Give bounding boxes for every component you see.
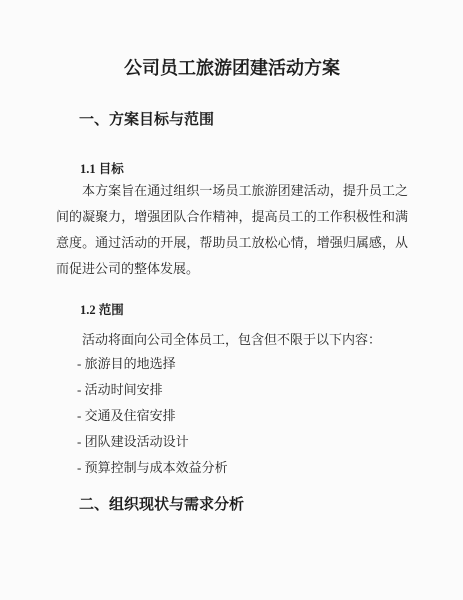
subsection-heading-1-2: 1.2 范围: [56, 304, 408, 317]
objective-paragraph: 本方案旨在通过组织一场员工旅游团建活动，提升员工之间的凝聚力，增强团队合作精神，…: [56, 178, 408, 282]
list-item: - 交通及住宿安排: [77, 403, 408, 429]
document-title: 公司员工旅游团建活动方案: [56, 57, 408, 79]
section-heading-2: 二、组织现状与需求分析: [56, 497, 408, 513]
subsection-heading-1-1: 1.1 目标: [56, 163, 408, 176]
scope-intro-paragraph: 活动将面向公司全体员工，包含但不限于以下内容：: [56, 327, 408, 353]
scope-list: - 旅游目的地选择 - 活动时间安排 - 交通及住宿安排 - 团队建设活动设计 …: [56, 351, 408, 481]
document-page: 公司员工旅游团建活动方案 一、方案目标与范围 1.1 目标 本方案旨在通过组织一…: [0, 0, 463, 600]
section-heading-1: 一、方案目标与范围: [56, 112, 408, 128]
list-item: - 团队建设活动设计: [77, 429, 408, 455]
list-item: - 活动时间安排: [77, 377, 408, 403]
list-item: - 旅游目的地选择: [77, 351, 408, 377]
list-item: - 预算控制与成本效益分析: [77, 455, 408, 481]
